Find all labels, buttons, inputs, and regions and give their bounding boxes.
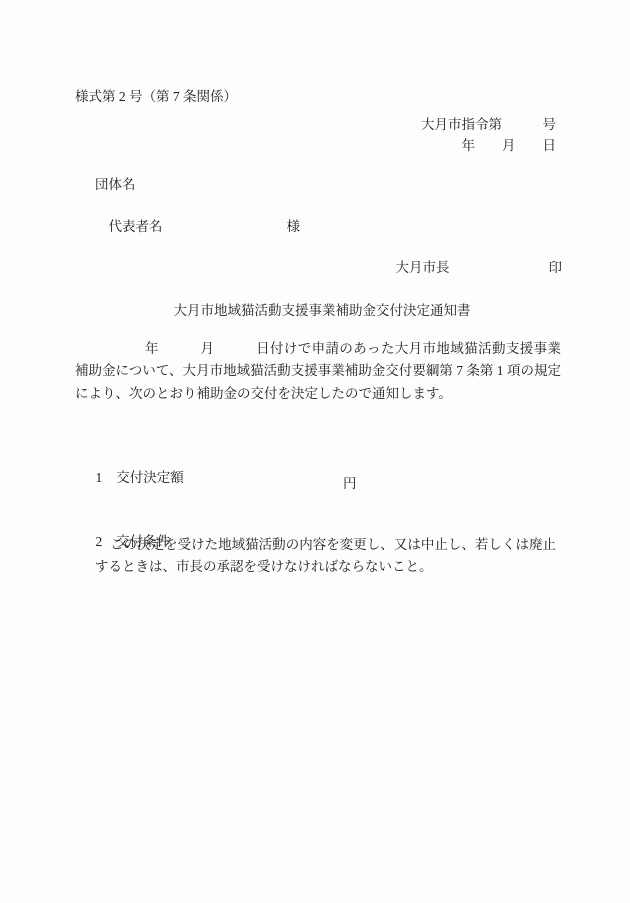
mayor-label: 大月市長 — [396, 260, 450, 275]
amount-unit-label: 円 — [343, 474, 357, 494]
representative-name-label: 代表者名 — [109, 219, 163, 234]
representative-name-line: 代表者名様 — [95, 197, 300, 257]
form-number-label: 様式第 2 号（第 7 条関係） — [75, 87, 237, 107]
condition-text-line-1: この決定を受けた地域猫活動の内容を変更し、又は中止し、若しくは廃止 — [95, 535, 556, 555]
item-1-heading-line: 1交付決定額 — [82, 448, 184, 508]
date-line: 年 月 日 — [462, 136, 557, 156]
honorific-label: 様 — [287, 219, 301, 234]
item-1-number: 1 — [96, 470, 103, 485]
condition-text-line-2: するときは、市長の承認を受けなければならないこと。 — [95, 557, 433, 577]
document-page: 様式第 2 号（第 7 条関係） 大月市指令第 号 年 月 日 団体名 代表者名… — [0, 0, 630, 903]
mayor-signature-line: 大月市長印 — [382, 238, 562, 298]
body-paragraph-line-1: 年 月 日付けで申請のあった大月市地域猫活動支援事業 — [75, 339, 561, 359]
directive-number-line: 大月市指令第 号 — [421, 115, 556, 135]
body-paragraph-line-2: 補助金について、大月市地域猫活動支援事業補助金交付要綱第 7 条第 1 項の規定 — [75, 361, 561, 381]
seal-placeholder: 印 — [549, 260, 563, 275]
item-1-heading: 交付決定額 — [116, 470, 184, 485]
document-title: 大月市地域猫活動支援事業補助金交付決定通知書 — [0, 301, 630, 321]
organization-name-label: 団体名 — [95, 175, 136, 195]
body-paragraph-line-3: により、次のとおり補助金の交付を決定したので通知します。 — [75, 384, 452, 404]
